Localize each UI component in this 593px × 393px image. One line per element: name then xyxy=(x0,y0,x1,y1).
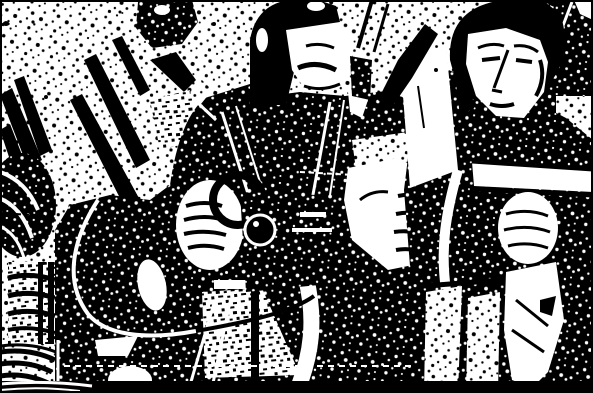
device-detail xyxy=(300,212,326,217)
device-detail xyxy=(292,228,332,232)
neck-shadow xyxy=(350,56,372,100)
halftone-photo: Grainy black-and-white halftone newspape… xyxy=(0,0,593,393)
ink-speck xyxy=(212,22,216,26)
ink-speck xyxy=(44,95,48,99)
trouser-leg xyxy=(424,286,462,393)
hanging-stick xyxy=(251,282,259,387)
ink-speck xyxy=(31,20,34,23)
eye-shadow xyxy=(516,60,532,62)
mouth-shadow xyxy=(490,104,514,106)
ear-highlight xyxy=(256,28,268,52)
crown-highlight xyxy=(307,1,325,11)
seam-speck xyxy=(434,68,438,72)
halftone-photo-canvas: Grainy black-and-white halftone newspape… xyxy=(0,0,593,393)
lens-glint xyxy=(253,221,259,227)
eye-shadow xyxy=(482,58,500,60)
trouser-leg xyxy=(466,292,500,393)
ink-speck xyxy=(119,11,122,14)
device-lens xyxy=(245,215,275,245)
nostril-shadow xyxy=(492,90,502,92)
cylinder-edge xyxy=(38,262,43,344)
cylinder-edge xyxy=(48,262,54,344)
hair-highlight xyxy=(154,5,170,15)
